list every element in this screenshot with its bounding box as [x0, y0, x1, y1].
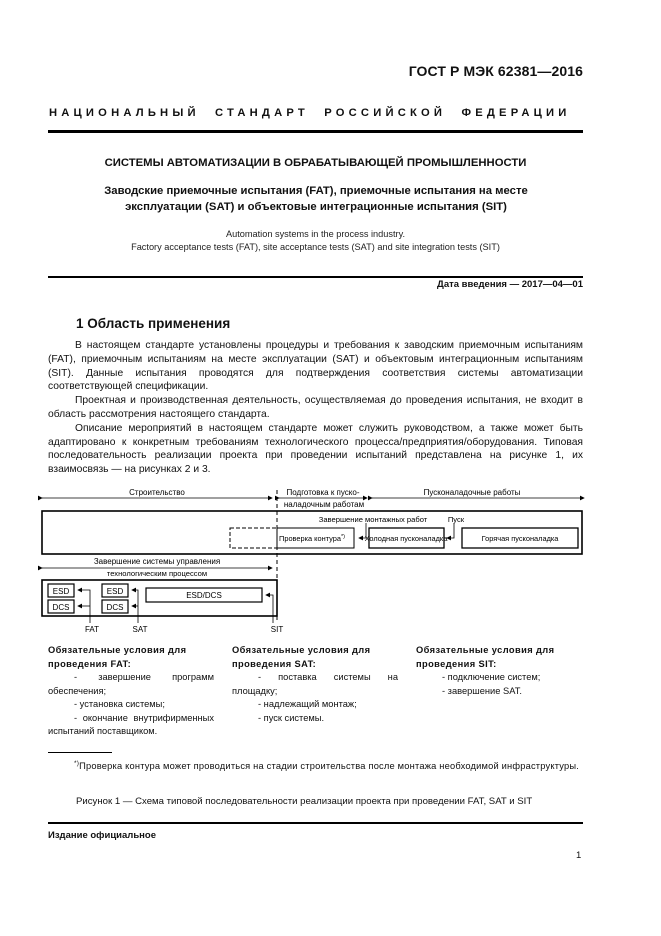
milestone-start-label: Пуск	[448, 515, 465, 524]
condition-item: - пуск системы.	[232, 712, 398, 726]
start-milestone-arrow	[447, 523, 454, 538]
official-edition-label: Издание официальное	[48, 830, 156, 841]
phase-commissioning-label: Пусконаладочные работы	[424, 488, 521, 497]
milestone-install-label: Завершение монтажных работ	[319, 515, 428, 524]
sat-conditions: Обязательные условия для проведения SAT:…	[232, 644, 398, 725]
figure-1-diagram: Строительство Подготовка к пуско- наладо…	[30, 485, 590, 635]
sat-label: SAT	[133, 625, 148, 634]
condition-item: - подключение систем;	[416, 671, 582, 685]
subtitle-line-1: Заводские приемочные испытания (FAT), пр…	[60, 183, 572, 199]
condition-item: - окончание внутрифирменных испытаний по…	[48, 712, 214, 739]
footnote: *)Проверка контура может проводиться на …	[48, 757, 583, 773]
fat-conditions-heading: Обязательные условия для проведения FAT:	[48, 644, 214, 671]
english-title: Automation systems in the process indust…	[48, 228, 583, 254]
condition-item: - завершение SAT.	[416, 685, 582, 699]
sat-arrow-esd	[132, 590, 138, 623]
page-number: 1	[576, 850, 581, 861]
sit-label: SIT	[271, 625, 284, 634]
hot-commissioning-label: Горячая пусконаладка	[482, 534, 560, 543]
document-subtitle: Заводские приемочные испытания (FAT), пр…	[60, 183, 572, 215]
paragraph: Описание мероприятий в настоящем стандар…	[48, 422, 583, 477]
figure-caption: Рисунок 1 — Схема типовой последовательн…	[76, 796, 532, 807]
document-title: СИСТЕМЫ АВТОМАТИЗАЦИИ В ОБРАБАТЫВАЮЩЕЙ П…	[48, 157, 583, 169]
paragraph: В настоящем стандарте установлены процед…	[48, 339, 583, 394]
national-standard-banner: НАЦИОНАЛЬНЫЙ СТАНДАРТ РОССИЙСКОЙ ФЕДЕРАЦ…	[49, 107, 583, 119]
sit-arrow	[266, 595, 273, 623]
esd-fat-label: ESD	[53, 587, 70, 596]
condition-item: - завершение программ обеспечения;	[48, 671, 214, 698]
fat-conditions: Обязательные условия для проведения FAT:…	[48, 644, 214, 739]
fat-arrow-esd	[78, 590, 90, 623]
sat-conditions-heading: Обязательные условия для проведения SAT:	[232, 644, 398, 671]
date-divider	[48, 276, 583, 278]
footnote-text: Проверка контура может проводиться на ст…	[79, 761, 579, 771]
document-code: ГОСТ Р МЭК 62381—2016	[409, 63, 583, 79]
section-body: В настоящем стандарте установлены процед…	[48, 339, 583, 477]
header-divider	[48, 130, 583, 133]
subtitle-line-2: эксплуатации (SAT) и объектовые интеграц…	[60, 199, 572, 215]
section-heading: 1 Область применения	[76, 316, 230, 331]
pcs-completion-label-2: технологическим процессом	[107, 569, 207, 578]
pcs-completion-label-1: Завершение системы управления	[94, 557, 220, 566]
phase-construction-label: Строительство	[129, 488, 185, 497]
sit-conditions-heading: Обязательные условия для проведения SIT:	[416, 644, 582, 671]
english-title-line-2: Factory acceptance tests (FAT), site acc…	[48, 241, 583, 254]
fat-label: FAT	[85, 625, 99, 634]
condition-item: - установка системы;	[48, 698, 214, 712]
cold-commissioning-label: Холодная пусконаладка	[365, 534, 449, 543]
condition-item: - поставка системы на площадку;	[232, 671, 398, 698]
dcs-fat-label: DCS	[53, 603, 70, 612]
phase-prep-label-2: наладочным работам	[284, 500, 364, 509]
english-title-line-1: Automation systems in the process indust…	[48, 228, 583, 241]
loop-check-label: Проверка контура*)	[279, 534, 345, 543]
footer-divider	[48, 822, 583, 824]
dcs-sat-label: DCS	[107, 603, 124, 612]
introduction-date: Дата введения — 2017—04—01	[437, 279, 583, 290]
loop-check-early-dashed	[230, 528, 277, 548]
paragraph: Проектная и производственная деятельност…	[48, 394, 583, 422]
esd-sat-label: ESD	[107, 587, 124, 596]
esd-dcs-label: ESD/DCS	[186, 591, 222, 600]
sit-conditions: Обязательные условия для проведения SIT:…	[416, 644, 582, 698]
footnote-divider	[48, 752, 112, 753]
condition-item: - надлежащий монтаж;	[232, 698, 398, 712]
phase-prep-label-1: Подготовка к пуско-	[287, 488, 360, 497]
